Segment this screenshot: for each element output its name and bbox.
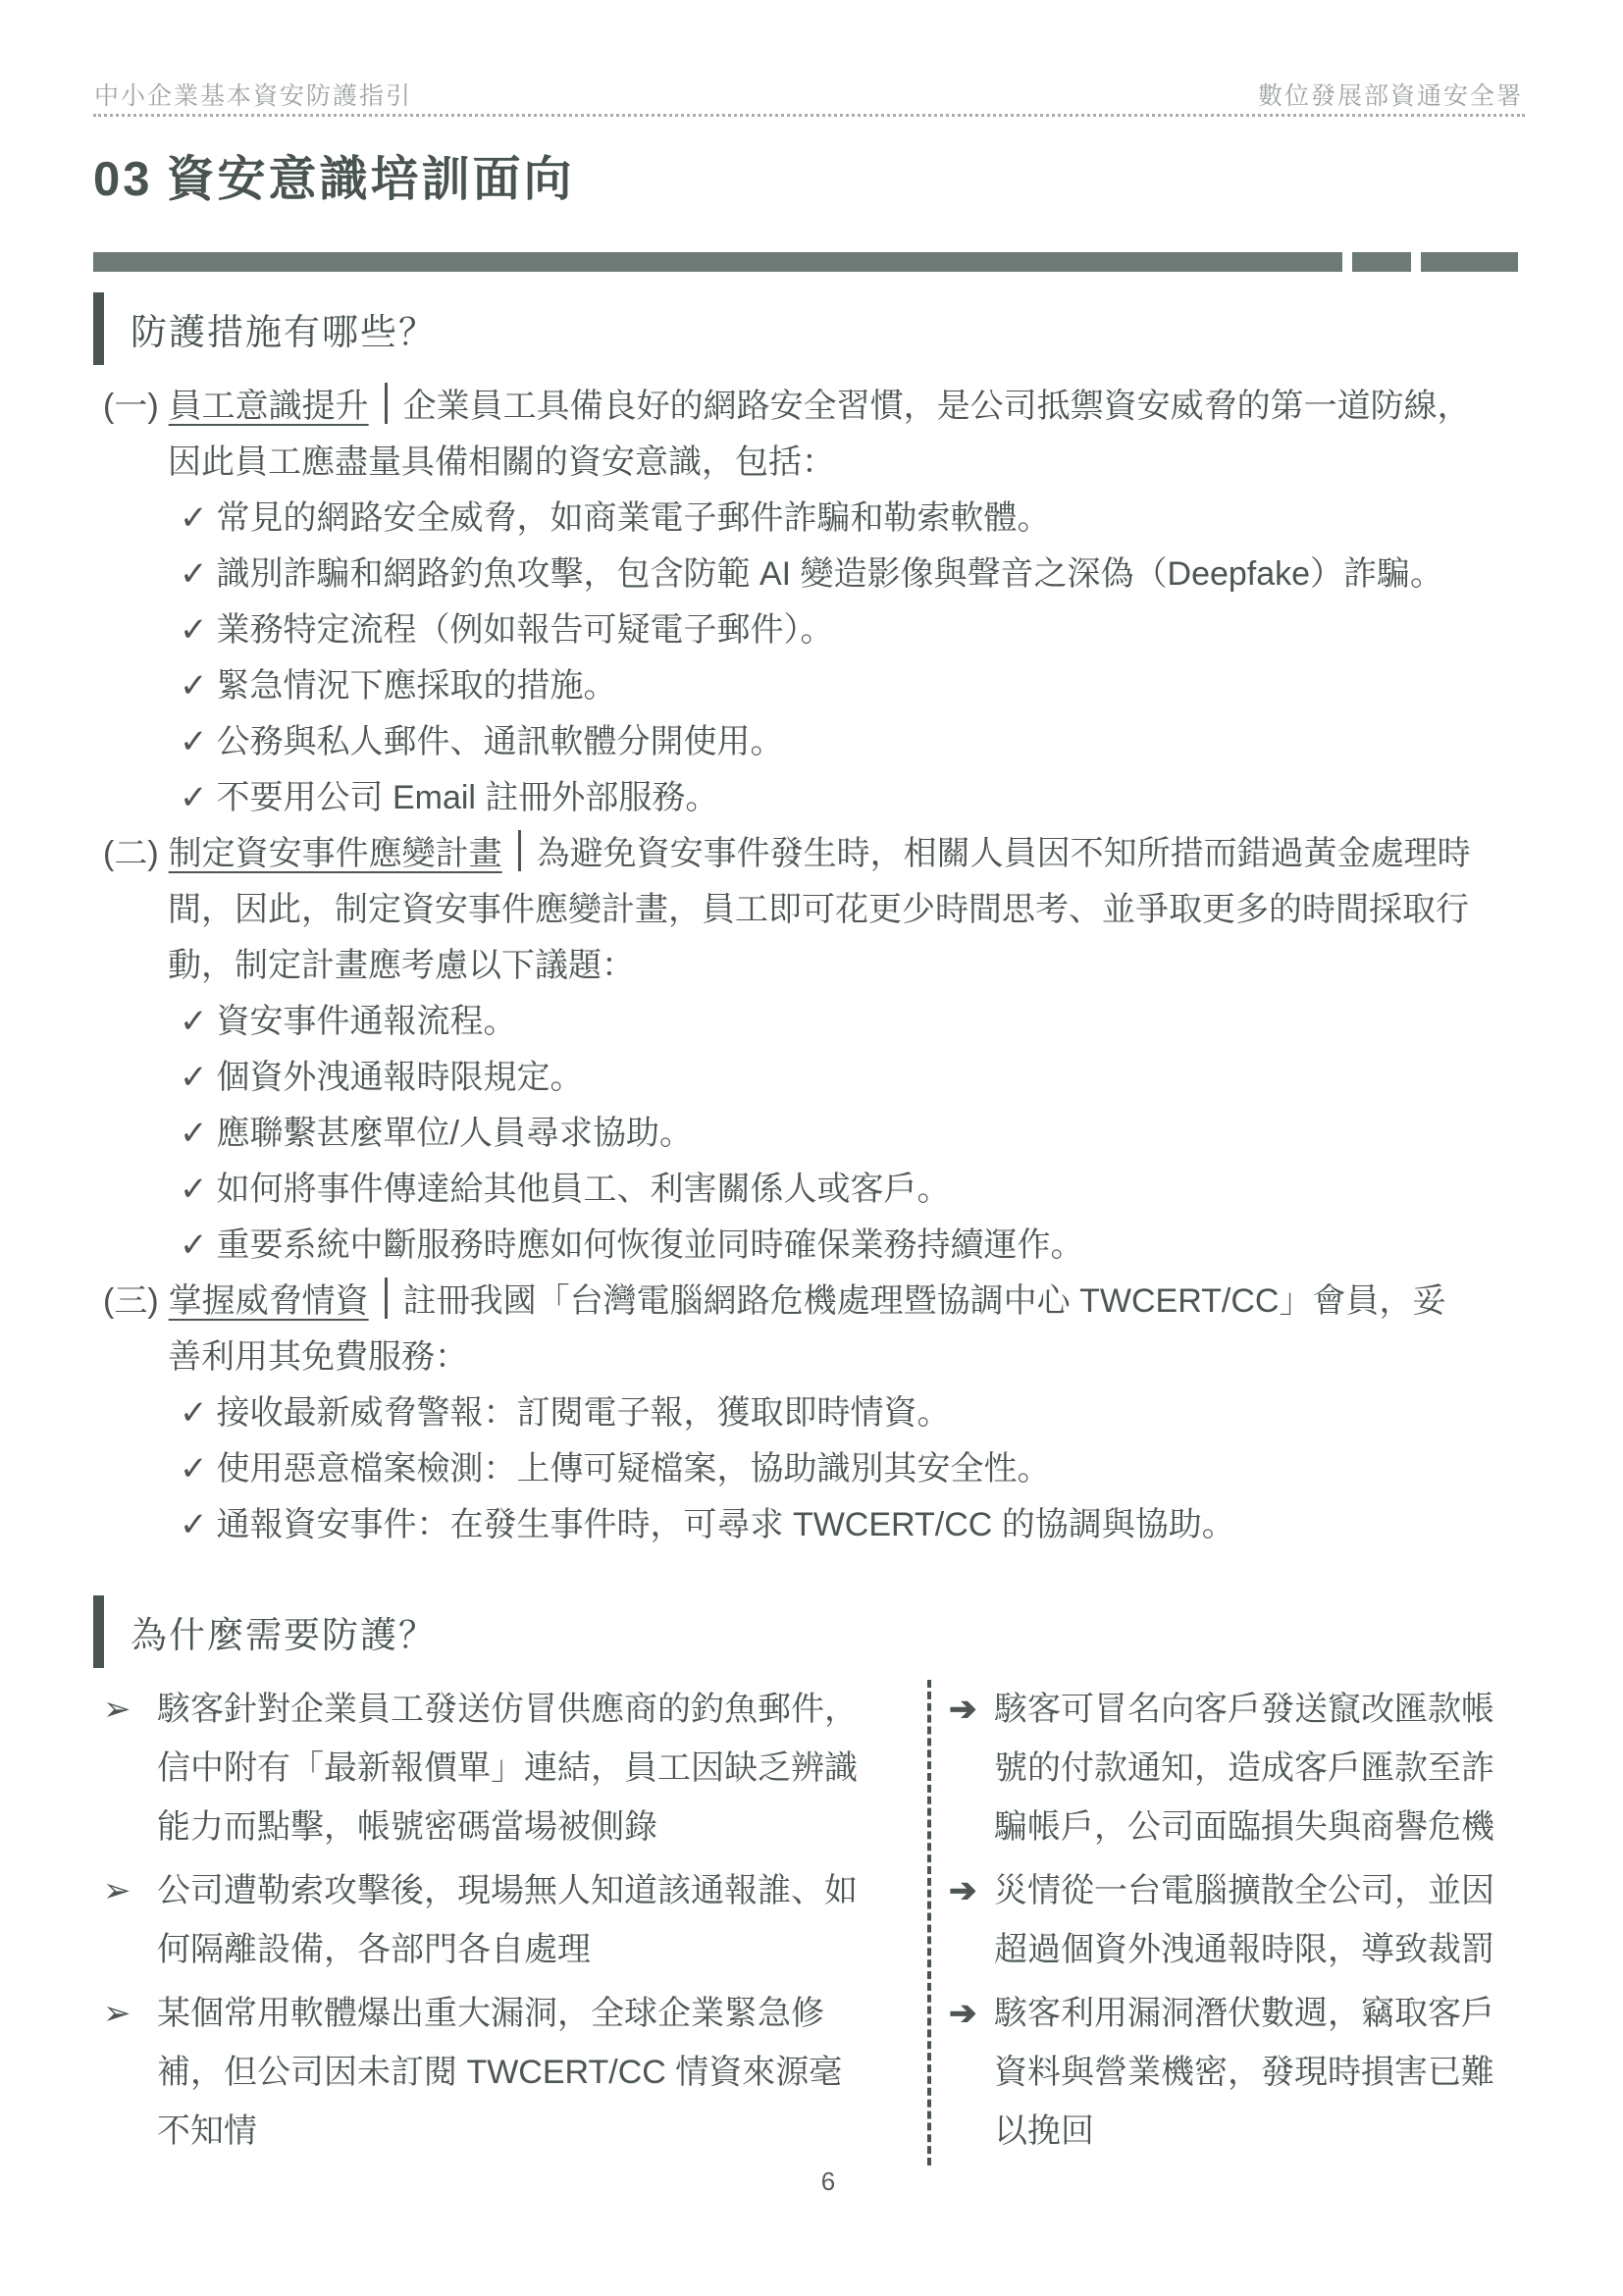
check-item: ✓個資外洩通報時限規定。 [180, 1050, 1477, 1106]
check-icon: ✓ [180, 1218, 208, 1274]
lead-divider-bar [385, 383, 388, 424]
check-icon: ✓ [180, 1385, 208, 1441]
check-item-text: 個資外洩通報時限規定。 [217, 1059, 584, 1096]
measure-item-paragraph: (一)員工意識提升企業員工具備良好的網路安全習慣，是公司抵禦資安威脅的第一道防線… [103, 379, 1477, 491]
section-heading-protection: 防護措施有哪些？ [93, 292, 437, 365]
check-item-text: 通報資安事件：在發生事件時，可尋求 TWCERT/CC 的協調與協助。 [217, 1506, 1235, 1543]
why-item-text: 駭客可冒名向客戶發送竄改匯款帳號的付款通知，造成客戶匯款至詐騙帳戶，公司面臨損失… [994, 1680, 1523, 1856]
why-item-text: 災情從一台電腦擴散全公司，並因超過個資外洩通報時限，導致裁罰 [994, 1861, 1523, 1979]
measure-item: (三)掌握威脅情資註冊我國「台灣電腦網路危機處理暨協調中心 TWCERT/CC」… [103, 1274, 1477, 1553]
check-item-text: 如何將事件傳達給其他員工、利害關係人或客戶。 [217, 1171, 951, 1208]
measure-item-label: (一) [103, 388, 159, 425]
measure-item-paragraph: (三)掌握威脅情資註冊我國「台灣電腦網路危機處理暨協調中心 TWCERT/CC」… [103, 1274, 1477, 1385]
why-item: ➔駭客可冒名向客戶發送竄改匯款帳號的付款通知，造成客戶匯款至詐騙帳戶，公司面臨損… [949, 1680, 1523, 1856]
arrow-bullet-icon: ➔ [949, 1680, 994, 1856]
check-item: ✓緊急情況下應採取的措施。 [180, 658, 1477, 714]
check-item: ✓常見的網路安全威脅，如商業電子郵件詐騙和勒索軟體。 [180, 491, 1477, 547]
measure-item-label: (三) [103, 1282, 159, 1320]
header-dotted-rule [93, 114, 1525, 117]
check-item-text: 重要系統中斷服務時應如何恢復並同時確保業務持續運作。 [217, 1226, 1084, 1264]
chapter-title-text: 資安意識培訓面向 [167, 153, 575, 206]
why-right-column: ➔駭客可冒名向客戶發送竄改匯款帳號的付款通知，造成客戶匯款至詐騙帳戶，公司面臨損… [949, 1680, 1523, 2166]
page-title: 03資安意識培訓面向 [93, 141, 575, 210]
why-columns: ➢駭客針對企業員工發送仿冒供應商的釣魚郵件，信中附有「最新報價單」連結，員工因缺… [103, 1680, 1523, 2166]
check-icon: ✓ [180, 714, 208, 770]
check-item-text: 應聯繫甚麼單位/人員尋求協助。 [217, 1115, 693, 1152]
bar-segment [93, 252, 1342, 272]
check-item-text: 緊急情況下應採取的措施。 [217, 667, 617, 704]
measure-item-lead: 員工意識提升 [169, 388, 369, 425]
check-icon: ✓ [180, 547, 208, 602]
check-list: ✓接收最新威脅警報：訂閱電子報，獲取即時情資。✓使用惡意檔案檢測：上傳可疑檔案，… [103, 1385, 1477, 1553]
check-item: ✓如何將事件傳達給其他員工、利害關係人或客戶。 [180, 1162, 1477, 1218]
arrowhead-bullet-icon: ➢ [103, 1861, 157, 1979]
measure-item-paragraph: (二)制定資安事件應變計畫為避免資安事件發生時，相關人員因不知所措而錯過黃金處理… [103, 826, 1477, 994]
heading-accent-bar [93, 1595, 104, 1668]
check-icon: ✓ [180, 1106, 208, 1162]
why-item-text: 駭客針對企業員工發送仿冒供應商的釣魚郵件，信中附有「最新報價單」連結，員工因缺乏… [157, 1680, 873, 1856]
running-header-right: 數位發展部資通安全署 [1258, 77, 1523, 112]
measure-item-lead: 制定資安事件應變計畫 [169, 835, 502, 872]
title-separator-bar [93, 252, 1518, 272]
check-icon: ✓ [180, 1441, 208, 1497]
check-item: ✓重要系統中斷服務時應如何恢復並同時確保業務持續運作。 [180, 1218, 1477, 1274]
arrow-bullet-icon: ➔ [949, 1861, 994, 1979]
check-icon: ✓ [180, 994, 208, 1050]
check-icon: ✓ [180, 491, 208, 547]
check-icon: ✓ [180, 602, 208, 658]
lead-divider-bar [518, 830, 521, 871]
check-icon: ✓ [180, 1162, 208, 1218]
why-left-column: ➢駭客針對企業員工發送仿冒供應商的釣魚郵件，信中附有「最新報價單」連結，員工因缺… [103, 1680, 873, 2166]
why-item: ➢駭客針對企業員工發送仿冒供應商的釣魚郵件，信中附有「最新報價單」連結，員工因缺… [103, 1680, 873, 1856]
column-dashed-divider [927, 1680, 931, 2166]
check-item-text: 使用惡意檔案檢測：上傳可疑檔案，協助識別其安全性。 [217, 1450, 1051, 1487]
running-header-left: 中小企業基本資安防護指引 [94, 77, 412, 112]
check-item-text: 資安事件通報流程。 [217, 1003, 517, 1040]
check-item-text: 不要用公司 Email 註冊外部服務。 [217, 779, 719, 816]
check-list: ✓常見的網路安全威脅，如商業電子郵件詐騙和勒索軟體。✓識別詐騙和網路釣魚攻擊，包… [103, 491, 1477, 826]
why-item: ➢公司遭勒索攻擊後，現場無人知道該通報誰、如何隔離設備，各部門各自處理 [103, 1861, 873, 1979]
why-item-text: 某個常用軟體爆出重大漏洞，全球企業緊急修補，但公司因未訂閱 TWCERT/CC … [157, 1984, 873, 2161]
lead-divider-bar [385, 1278, 388, 1319]
check-list: ✓資安事件通報流程。✓個資外洩通報時限規定。✓應聯繫甚麼單位/人員尋求協助。✓如… [103, 994, 1477, 1274]
check-item-text: 接收最新威脅警報：訂閱電子報，獲取即時情資。 [217, 1394, 951, 1432]
chapter-number: 03 [93, 153, 153, 206]
why-item-text: 公司遭勒索攻擊後，現場無人知道該通報誰、如何隔離設備，各部門各自處理 [157, 1861, 873, 1979]
arrowhead-bullet-icon: ➢ [103, 1680, 157, 1856]
check-icon: ✓ [180, 770, 208, 826]
heading-accent-bar [93, 292, 104, 365]
measure-item-label: (二) [103, 835, 159, 872]
why-item-text: 駭客利用漏洞潛伏數週，竊取客戶資料與營業機密，發現時損害已難以挽回 [994, 1984, 1523, 2161]
check-item: ✓不要用公司 Email 註冊外部服務。 [180, 770, 1477, 826]
arrow-bullet-icon: ➔ [949, 1984, 994, 2161]
measure-item-lead: 掌握威脅情資 [169, 1282, 369, 1320]
why-item: ➢某個常用軟體爆出重大漏洞，全球企業緊急修補，但公司因未訂閱 TWCERT/CC… [103, 1984, 873, 2161]
check-item: ✓公務與私人郵件、通訊軟體分開使用。 [180, 714, 1477, 770]
check-item-text: 識別詐騙和網路釣魚攻擊，包含防範 AI 變造影像與聲音之深偽（Deepfake）… [217, 555, 1444, 593]
page-number: 6 [809, 2166, 848, 2197]
check-icon: ✓ [180, 1050, 208, 1106]
document-page: 中小企業基本資安防護指引 數位發展部資通安全署 03資安意識培訓面向 防護措施有… [0, 0, 1623, 2296]
measure-item: (一)員工意識提升企業員工具備良好的網路安全習慣，是公司抵禦資安威脅的第一道防線… [103, 379, 1477, 826]
check-item-text: 業務特定流程（例如報告可疑電子郵件）。 [217, 611, 834, 649]
measure-item: (二)制定資安事件應變計畫為避免資安事件發生時，相關人員因不知所措而錯過黃金處理… [103, 826, 1477, 1274]
check-item: ✓業務特定流程（例如報告可疑電子郵件）。 [180, 602, 1477, 658]
section-heading-text: 防護措施有哪些？ [131, 302, 437, 355]
arrowhead-bullet-icon: ➢ [103, 1984, 157, 2161]
bar-segment [1421, 252, 1518, 272]
why-item: ➔災情從一台電腦擴散全公司，並因超過個資外洩通報時限，導致裁罰 [949, 1861, 1523, 1979]
check-item: ✓識別詐騙和網路釣魚攻擊，包含防範 AI 變造影像與聲音之深偽（Deepfake… [180, 547, 1477, 602]
section-heading-text: 為什麼需要防護？ [131, 1605, 437, 1658]
check-item-text: 常見的網路安全威脅，如商業電子郵件詐騙和勒索軟體。 [217, 499, 1051, 537]
check-item: ✓應聯繫甚麼單位/人員尋求協助。 [180, 1106, 1477, 1162]
bar-segment [1352, 252, 1411, 272]
check-icon: ✓ [180, 1497, 208, 1553]
why-item: ➔駭客利用漏洞潛伏數週，竊取客戶資料與營業機密，發現時損害已難以挽回 [949, 1984, 1523, 2161]
check-item: ✓使用惡意檔案檢測：上傳可疑檔案，協助識別其安全性。 [180, 1441, 1477, 1497]
check-item: ✓資安事件通報流程。 [180, 994, 1477, 1050]
check-icon: ✓ [180, 658, 208, 714]
check-item: ✓接收最新威脅警報：訂閱電子報，獲取即時情資。 [180, 1385, 1477, 1441]
check-item: ✓通報資安事件：在發生事件時，可尋求 TWCERT/CC 的協調與協助。 [180, 1497, 1477, 1553]
section-heading-why: 為什麼需要防護？ [93, 1595, 437, 1668]
measure-list: (一)員工意識提升企業員工具備良好的網路安全習慣，是公司抵禦資安威脅的第一道防線… [103, 379, 1477, 1553]
check-item-text: 公務與私人郵件、通訊軟體分開使用。 [217, 723, 784, 760]
